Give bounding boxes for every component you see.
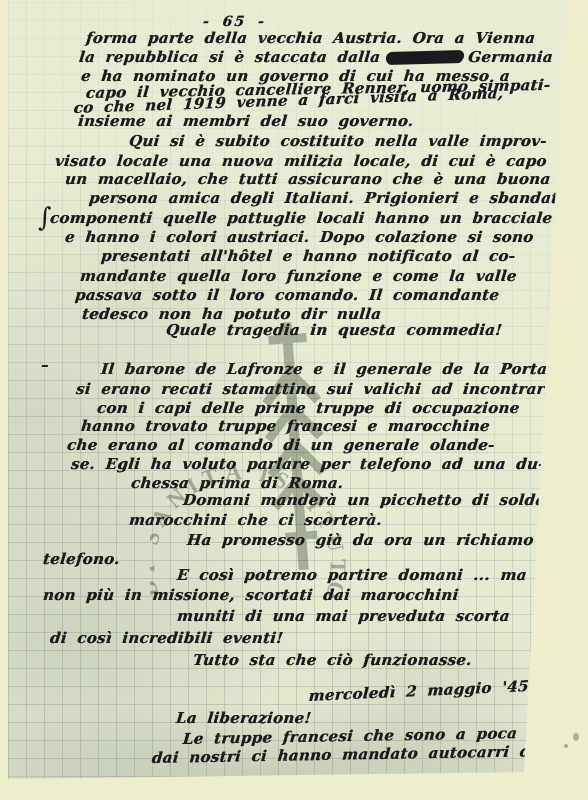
manuscript-page: ISTITUTO SUPERIORE DI SANITÀ - 65 - form… <box>0 0 588 800</box>
manuscript-line-with-strikeout: la repubblica si è staccata dallaGermani… <box>78 49 554 66</box>
scanned-document-photo: ISTITUTO SUPERIORE DI SANITÀ - 65 - form… <box>0 0 588 800</box>
manuscript-line: componenti quelle pattuglie locali hanno… <box>49 210 553 227</box>
manuscript-line: di così incredibili eventi! <box>49 630 284 647</box>
manuscript-line: presentati all'hôtel e hanno notificato … <box>100 248 516 265</box>
strike-line-pre: la repubblica si è staccata dalla <box>78 48 381 66</box>
manuscript-line: Qui si è subito costituito nella valle i… <box>128 133 548 150</box>
margin-ink-mark: ∫ <box>38 203 52 233</box>
manuscript-line: La liberazione! <box>175 710 312 727</box>
manuscript-line: Tutto sta che ciò funzionasse. <box>192 652 473 669</box>
manuscript-line: un macellaio, che tutti assicurano che è… <box>64 171 551 188</box>
manuscript-line: passava sotto il loro comando. Il comand… <box>74 287 500 304</box>
manuscript-line: che erano al comando di un generale olan… <box>66 437 495 454</box>
manuscript-line: Quale tragedia in questa commedia! <box>165 322 503 339</box>
strike-line-post: Germania <box>467 48 553 66</box>
manuscript-line: insieme ai membri del suo governo. <box>77 113 414 130</box>
manuscript-line: muniti di una mai preveduta scorta <box>176 608 511 625</box>
manuscript-line: visato locale una nuova milizia locale, … <box>54 153 548 170</box>
manuscript-line: hanno trovato truppe francesi e marocchi… <box>80 418 491 435</box>
manuscript-line: non più in missione, scortati dai marocc… <box>42 587 459 604</box>
manuscript-line: si erano recati stamattina sui valichi a… <box>75 381 560 398</box>
manuscript-line: Domani manderà un picchetto di soldati <box>182 492 559 509</box>
page-number: - 65 - <box>202 14 267 30</box>
manuscript-line: mandante quella loro funzione e come la … <box>79 268 517 285</box>
manuscript-line: E così potremo partire domani ... ma <box>176 567 528 584</box>
manuscript-line: forma parte della vecchia Austria. Ora a… <box>85 30 536 47</box>
manuscript-line: marocchini che ci scorterà. <box>128 512 383 529</box>
manuscript-line: telefono. <box>42 551 121 568</box>
manuscript-line: chessa prima di Roma. <box>130 475 344 492</box>
manuscript-line: Ha promesso già da ora un richiamo per <box>186 532 574 549</box>
manuscript-line: Il barone de Lafronze e il generale de l… <box>100 361 588 378</box>
paper-speck <box>564 744 568 748</box>
manuscript-line: persona amica degli Italiani. Prigionier… <box>88 190 571 207</box>
paper-speck <box>573 733 579 741</box>
ink-strikeout-blob <box>386 50 465 64</box>
manuscript-line: e hanno i colori austriaci. Dopo colazio… <box>64 229 534 246</box>
manuscript-line: con i capi delle prime truppe di occupaz… <box>96 400 520 417</box>
manuscript-line: se. Egli ha voluto parlare per telefono … <box>70 456 546 473</box>
